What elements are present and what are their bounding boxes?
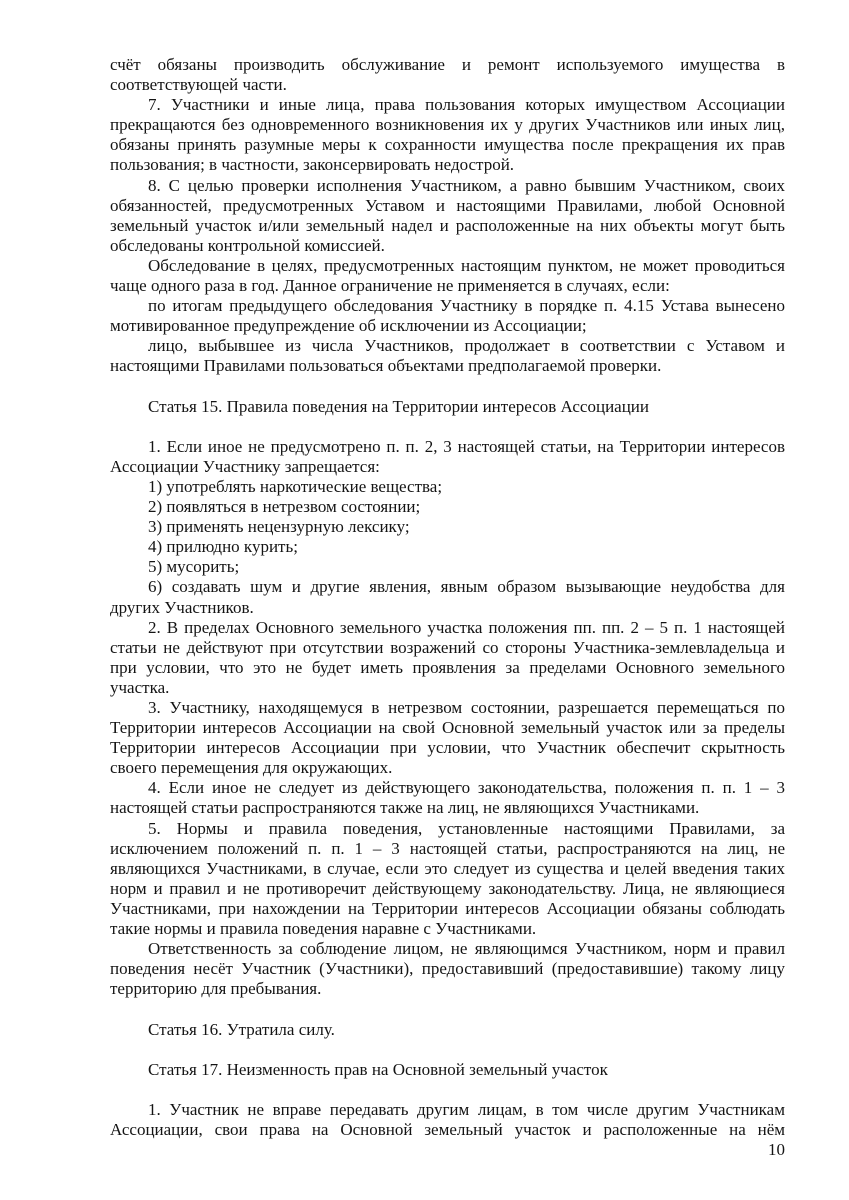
text-line: статьи не действуют при отсутствии возра… — [110, 638, 785, 658]
text-line: 8. С целью проверки исполнения Участнико… — [110, 176, 785, 196]
text-line: Обследование в целях, предусмотренных на… — [110, 256, 785, 276]
text-line: исключением положений п. п. 1 – 3 настоя… — [110, 839, 785, 859]
text-line: обследованы контрольной комиссией. — [110, 236, 785, 256]
text-line: 2) появляться в нетрезвом состоянии; — [110, 497, 785, 517]
section-heading: Статья 17. Неизменность прав на Основной… — [110, 1060, 785, 1080]
text-line: других Участников. — [110, 598, 785, 618]
text-line: 5. Нормы и правила поведения, установлен… — [110, 819, 785, 839]
text-line: Ассоциации Участнику запрещается: — [110, 457, 785, 477]
text-line: участка. — [110, 678, 785, 698]
document-blocks: счёт обязаны производить обслуживание и … — [110, 55, 785, 1140]
text-line: 6) создавать шум и другие явления, явным… — [110, 577, 785, 597]
text-line: 1) употреблять наркотические вещества; — [110, 477, 785, 497]
text-line: при условии, что это не будет иметь проя… — [110, 658, 785, 678]
text-line: настоящими Правилами пользоваться объект… — [110, 356, 785, 376]
document-text-body: счёт обязаны производить обслуживание и … — [110, 55, 785, 1160]
blank-line — [110, 377, 785, 397]
text-line: по итогам предыдущего обследования Участ… — [110, 296, 785, 316]
text-line: 3) применять нецензурную лексику; — [110, 517, 785, 537]
text-line: прекращаются без одновременного возникно… — [110, 115, 785, 135]
blank-line — [110, 1040, 785, 1060]
text-line: 4) прилюдно курить; — [110, 537, 785, 557]
blank-line — [110, 417, 785, 437]
text-line: 4. Если иное не следует из действующего … — [110, 778, 785, 798]
text-line: норм и правил и не противоречит действую… — [110, 879, 785, 899]
section-heading: Статья 15. Правила поведения на Территор… — [110, 397, 785, 417]
text-line: 1. Участник не вправе передавать другим … — [110, 1100, 785, 1120]
section-heading: Статья 16. Утратила силу. — [110, 1020, 785, 1040]
text-line: 2. В пределах Основного земельного участ… — [110, 618, 785, 638]
text-line: соответствующей части. — [110, 75, 785, 95]
text-line: 7. Участники и иные лица, права пользова… — [110, 95, 785, 115]
text-line: поведения несёт Участник (Участники), пр… — [110, 959, 785, 979]
text-line: обязаны принять разумные меры к сохранно… — [110, 135, 785, 155]
text-line: являющихся Участниками, в случае, если э… — [110, 859, 785, 879]
text-line: настоящей статьи распространяются также … — [110, 798, 785, 818]
text-line: земельный участок и/или земельный надел … — [110, 216, 785, 236]
page-number: 10 — [110, 1140, 785, 1160]
text-line: мотивированное предупреждение об исключе… — [110, 316, 785, 336]
text-line: обязанностей, предусмотренных Уставом и … — [110, 196, 785, 216]
text-line: лицо, выбывшее из числа Участников, прод… — [110, 336, 785, 356]
text-line: Территории интересов Ассоциации на свой … — [110, 718, 785, 738]
blank-line — [110, 999, 785, 1019]
text-line: 5) мусорить; — [110, 557, 785, 577]
text-line: территорию для пребывания. — [110, 979, 785, 999]
text-line: 1. Если иное не предусмотрено п. п. 2, 3… — [110, 437, 785, 457]
text-line: Территории интересов Ассоциации при усло… — [110, 738, 785, 758]
text-line: такие нормы и правила поведения наравне … — [110, 919, 785, 939]
text-line: счёт обязаны производить обслуживание и … — [110, 55, 785, 75]
document-page: счёт обязаны производить обслуживание и … — [0, 0, 849, 1200]
text-line: чаще одного раза в год. Данное ограничен… — [110, 276, 785, 296]
text-line: Участниками, при нахождении на Территори… — [110, 899, 785, 919]
text-line: Ассоциации, свои права на Основной земел… — [110, 1120, 785, 1140]
blank-line — [110, 1080, 785, 1100]
text-line: Ответственность за соблюдение лицом, не … — [110, 939, 785, 959]
text-line: пользования; в частности, законсервирова… — [110, 155, 785, 175]
text-line: 3. Участнику, находящемуся в нетрезвом с… — [110, 698, 785, 718]
text-line: своего перемещения для окружающих. — [110, 758, 785, 778]
